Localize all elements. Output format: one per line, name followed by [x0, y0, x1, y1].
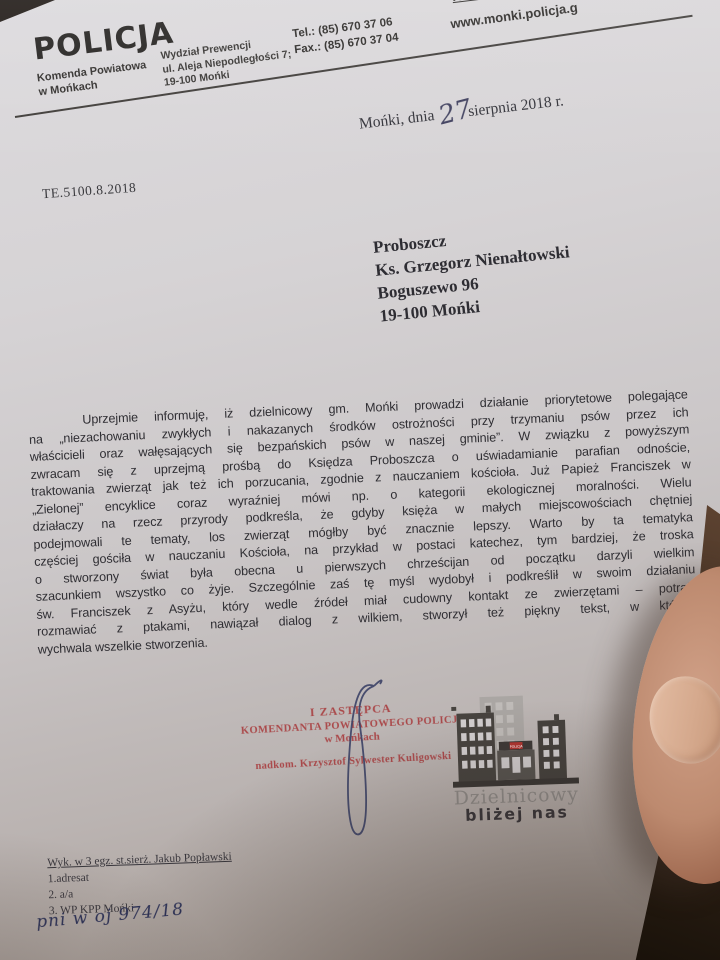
logo-subtitle: bliżej nas — [465, 802, 569, 825]
letter-body: Uprzejmie informuję, iż dzielnicowy gm. … — [28, 386, 698, 658]
logo-middle-building: POLICJA — [497, 741, 536, 781]
logo-sign-text: POLICJA — [510, 744, 524, 748]
dzielnicowy-logo: POLICJA Dzielnicowy bliżej nas — [450, 686, 583, 826]
logo-left-building — [451, 706, 496, 783]
recipient-block: Proboszcz Ks. Grzegorz Nienałtowski Bogu… — [372, 217, 575, 327]
logo-right-building — [537, 714, 567, 780]
official-red-stamp: I ZASTĘPCA KOMENDANTA POWIATOWEGO POLICJ… — [225, 697, 478, 774]
photo-of-police-letter: POLICJA Komenda Powiatowa w Mońkach Wydz… — [0, 0, 720, 960]
